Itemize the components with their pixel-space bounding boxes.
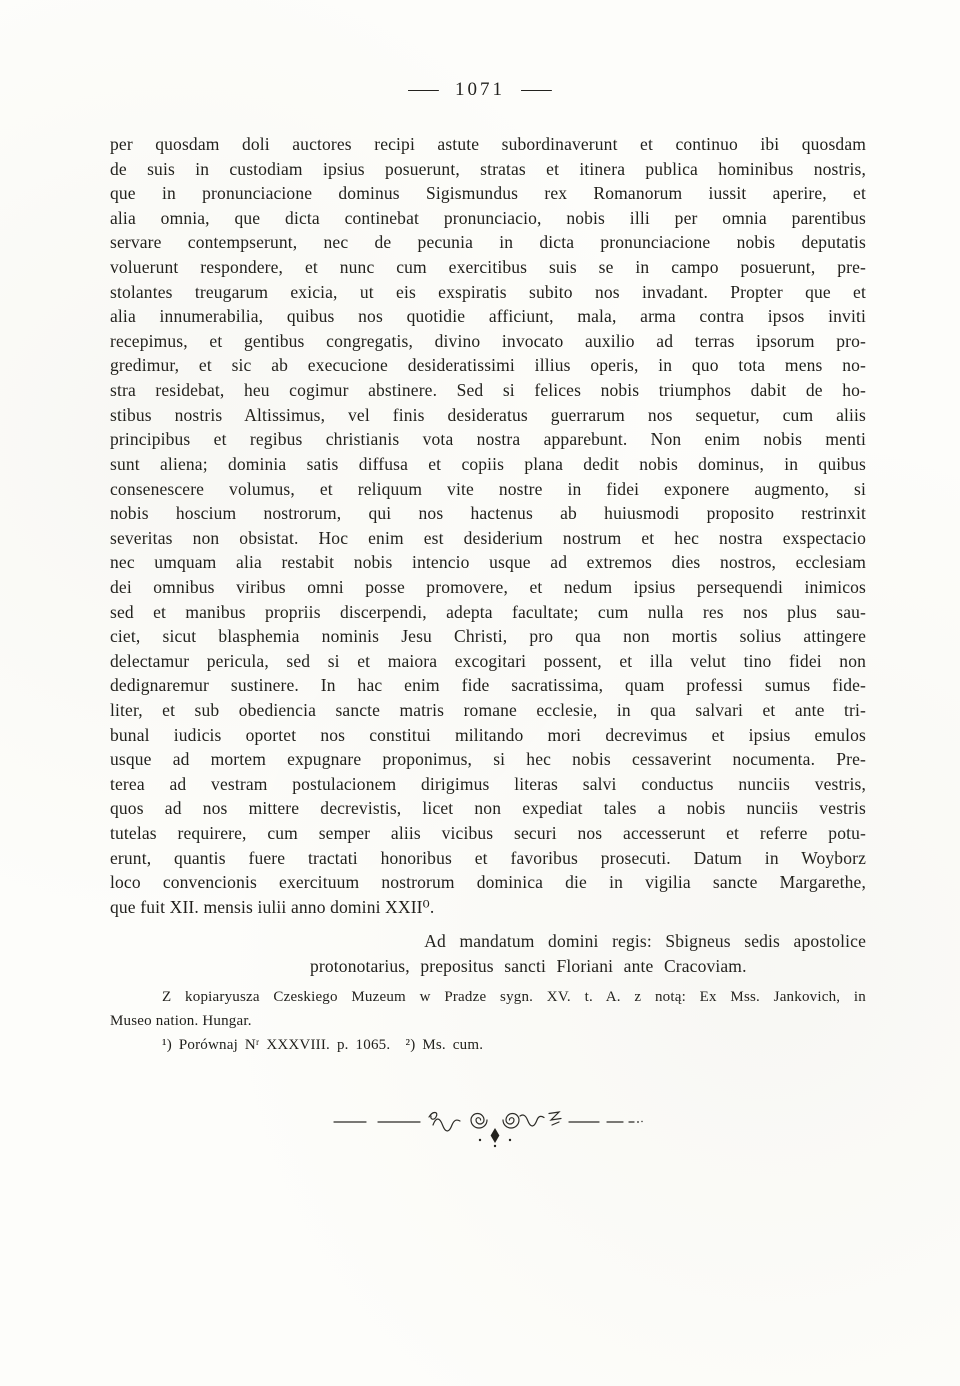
- body-text-line: nobis hoscium nostrorum, qui nos hactenu…: [110, 501, 866, 526]
- body-text-line: dei omnibus viribus omni posse promovere…: [110, 575, 866, 600]
- body-text-line: delectamur pericula, sed si et maiora ex…: [110, 649, 866, 674]
- body-text-line: stolantes treugarum exicia, ut eis exspi…: [110, 280, 866, 305]
- header-dash-right: —: [521, 79, 551, 101]
- document-body: per quosdam doli auctores recipi astute …: [110, 132, 866, 920]
- body-text-line: alia omnia, que dicta continebat pronunc…: [110, 206, 866, 231]
- body-text-line: loco convencionis exercituum nostrorum d…: [110, 870, 866, 895]
- header-dash-left: —: [408, 79, 438, 101]
- body-text-line: de suis in custodiam ipsius posuerunt, s…: [110, 157, 866, 182]
- page-header: —1071—: [0, 79, 960, 101]
- body-text-line: servare contempserunt, nec de pecunia in…: [110, 230, 866, 255]
- body-text-line: principibus et regibus christianis vota …: [110, 427, 866, 452]
- body-text-line: recepimus, et gentibus congregatis, divi…: [110, 329, 866, 354]
- body-text-line: consenescere volumus, et reliquum vite n…: [110, 477, 866, 502]
- footnote-source-line: Museo nation. Hungar.: [110, 1010, 866, 1034]
- body-text-line: dedignaremur sustinere. In hac enim fide…: [110, 673, 866, 698]
- body-text-line: stibus nostris Altissimus, vel finis des…: [110, 403, 866, 428]
- body-text-line: liter, et sub obediencia sancte matris r…: [110, 698, 866, 723]
- footnotes: Z kopiaryusza Czeskiego Muzeum w Pradze …: [110, 986, 866, 1058]
- closing-formula-line: Ad mandatum domini regis: Sbigneus sedis…: [110, 929, 866, 954]
- body-text-line: voluerunt respondere, et nunc cum exerci…: [110, 255, 866, 280]
- footnote-source-line: Z kopiaryusza Czeskiego Muzeum w Pradze …: [110, 986, 866, 1010]
- footnote-references: ¹) Porównaj Nʳ XXXVIII. p. 1065. ²) Ms. …: [110, 1034, 866, 1058]
- body-text-line: que fuit XII. mensis iulii anno domini X…: [110, 895, 866, 920]
- body-text-line: que in pronunciacione dominus Sigismundu…: [110, 181, 866, 206]
- body-text-line: bunal iudicis oportet nos constitui mili…: [110, 723, 866, 748]
- body-text-line: alia innumerabilia, quibus nos quotidie …: [110, 304, 866, 329]
- scanned-document-page: —1071— per quosdam doli auctores recipi …: [0, 0, 960, 1386]
- body-text-line: tutelas requirere, cum semper aliis vici…: [110, 821, 866, 846]
- body-text-line: nec umquam alia restabit nobis intencio …: [110, 550, 866, 575]
- body-text-line: gredimur, et sic ab execucione desiderat…: [110, 353, 866, 378]
- body-text-line: per quosdam doli auctores recipi astute …: [110, 132, 866, 157]
- body-text-line: sed et manibus propriis discerpendi, ade…: [110, 600, 866, 625]
- body-text-line: quos ad nos mittere decrevistis, licet n…: [110, 796, 866, 821]
- body-text-line: stra residebat, heu cogimur abstinere. S…: [110, 378, 866, 403]
- body-text-line: ciet, sicut blasphemia nominis Jesu Chri…: [110, 624, 866, 649]
- body-text-line: severitas non obsistat. Hoc enim est des…: [110, 526, 866, 551]
- body-text-line: sunt aliena; dominia satis diffusa et co…: [110, 452, 866, 477]
- page-number: 1071: [455, 79, 505, 100]
- body-text-line: erunt, quantis fuere tractati honoribus …: [110, 846, 866, 871]
- closing-formula: Ad mandatum domini regis: Sbigneus sedis…: [110, 929, 866, 978]
- closing-formula-line: protonotarius, prepositus sancti Florian…: [310, 954, 866, 979]
- flourish-divider-icon: [333, 1098, 643, 1148]
- body-text-line: terea ad vestram postulacionem dirigimus…: [110, 772, 866, 797]
- body-text-line: usque ad mortem expugnare proponimus, si…: [110, 747, 866, 772]
